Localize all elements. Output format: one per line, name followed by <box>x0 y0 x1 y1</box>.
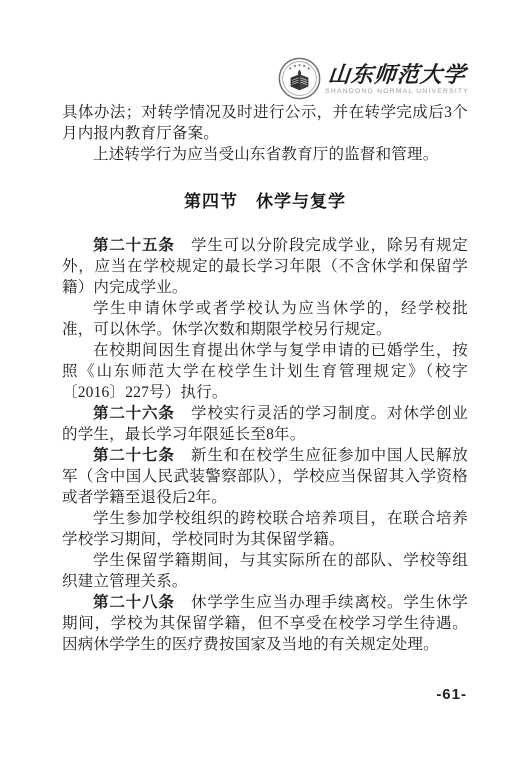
paragraph-article-25: 第二十五条 学生可以分阶段完成学业，除另有规定外，应当在学校规定的最长学习年限（… <box>62 235 468 298</box>
paragraph-article-27: 第二十七条 新生和在校学生应征参加中国人民解放军（含中国人民武装警察部队），学校… <box>62 445 468 508</box>
article-number: 第二十五条 <box>93 237 191 254</box>
paragraph-text: 学生参加学校组织的跨校联合培养项目，在联合培养学校学习期间，学校同时为其保留学籍… <box>62 510 468 548</box>
paragraph-text: 上述转学行为应当受山东省教育厅的监督和管理。 <box>93 146 438 163</box>
paragraph-text: 在校期间因生育提出休学与复学申请的已婚学生，按照《山东师范大学在校学生计划生育管… <box>62 342 468 401</box>
paragraph: 学生申请休学或者学校认为应当休学的，经学校批准，可以休学。休学次数和期限学校另行… <box>62 298 468 340</box>
page-number: -61- <box>436 686 467 703</box>
document-body: 具体办法；对转学情况及时进行公示，并在转学完成后3个月内报内教育厅备案。 上述转… <box>62 102 468 655</box>
article-number: 第二十七条 <box>93 447 191 464</box>
paragraph-text: 学生申请休学或者学校认为应当休学的，经学校批准，可以休学。休学次数和期限学校另行… <box>62 300 468 338</box>
university-name-english: SHANDONG NORMAL UNIVERSITY <box>325 88 469 95</box>
paragraph: 学生参加学校组织的跨校联合培养项目，在联合培养学校学习期间，学校同时为其保留学籍… <box>62 508 468 550</box>
document-page: 山东师范大学 SHANDONG NORMAL UNIVERSITY 具体办法；对… <box>0 0 525 768</box>
university-emblem-icon <box>277 56 322 101</box>
paragraph-text: 学生保留学籍期间，与其实际所在的部队、学校等组织建立管理关系。 <box>62 552 468 590</box>
paragraph-continued: 具体办法；对转学情况及时进行公示，并在转学完成后3个月内报内教育厅备案。 <box>62 102 468 144</box>
university-name-chinese: 山东师范大学 <box>327 63 467 87</box>
university-logo: 山东师范大学 SHANDONG NORMAL UNIVERSITY <box>277 56 469 101</box>
university-logo-text: 山东师范大学 SHANDONG NORMAL UNIVERSITY <box>325 63 469 95</box>
article-number: 第二十六条 <box>93 405 191 422</box>
paragraph: 上述转学行为应当受山东省教育厅的监督和管理。 <box>62 144 468 165</box>
article-number: 第二十八条 <box>93 594 191 611</box>
paragraph: 学生保留学籍期间，与其实际所在的部队、学校等组织建立管理关系。 <box>62 550 468 592</box>
paragraph: 在校期间因生育提出休学与复学申请的已婚学生，按照《山东师范大学在校学生计划生育管… <box>62 340 468 403</box>
paragraph-text: 具体办法；对转学情况及时进行公示，并在转学完成后3个月内报内教育厅备案。 <box>62 104 468 142</box>
section-heading: 第四节 休学与复学 <box>62 191 468 212</box>
paragraph-article-28: 第二十八条 休学学生应当办理手续离校。学生休学期间，学校为其保留学籍，但不享受在… <box>62 592 468 655</box>
paragraph-article-26: 第二十六条 学校实行灵活的学习制度。对休学创业的学生，最长学习年限延长至8年。 <box>62 403 468 445</box>
